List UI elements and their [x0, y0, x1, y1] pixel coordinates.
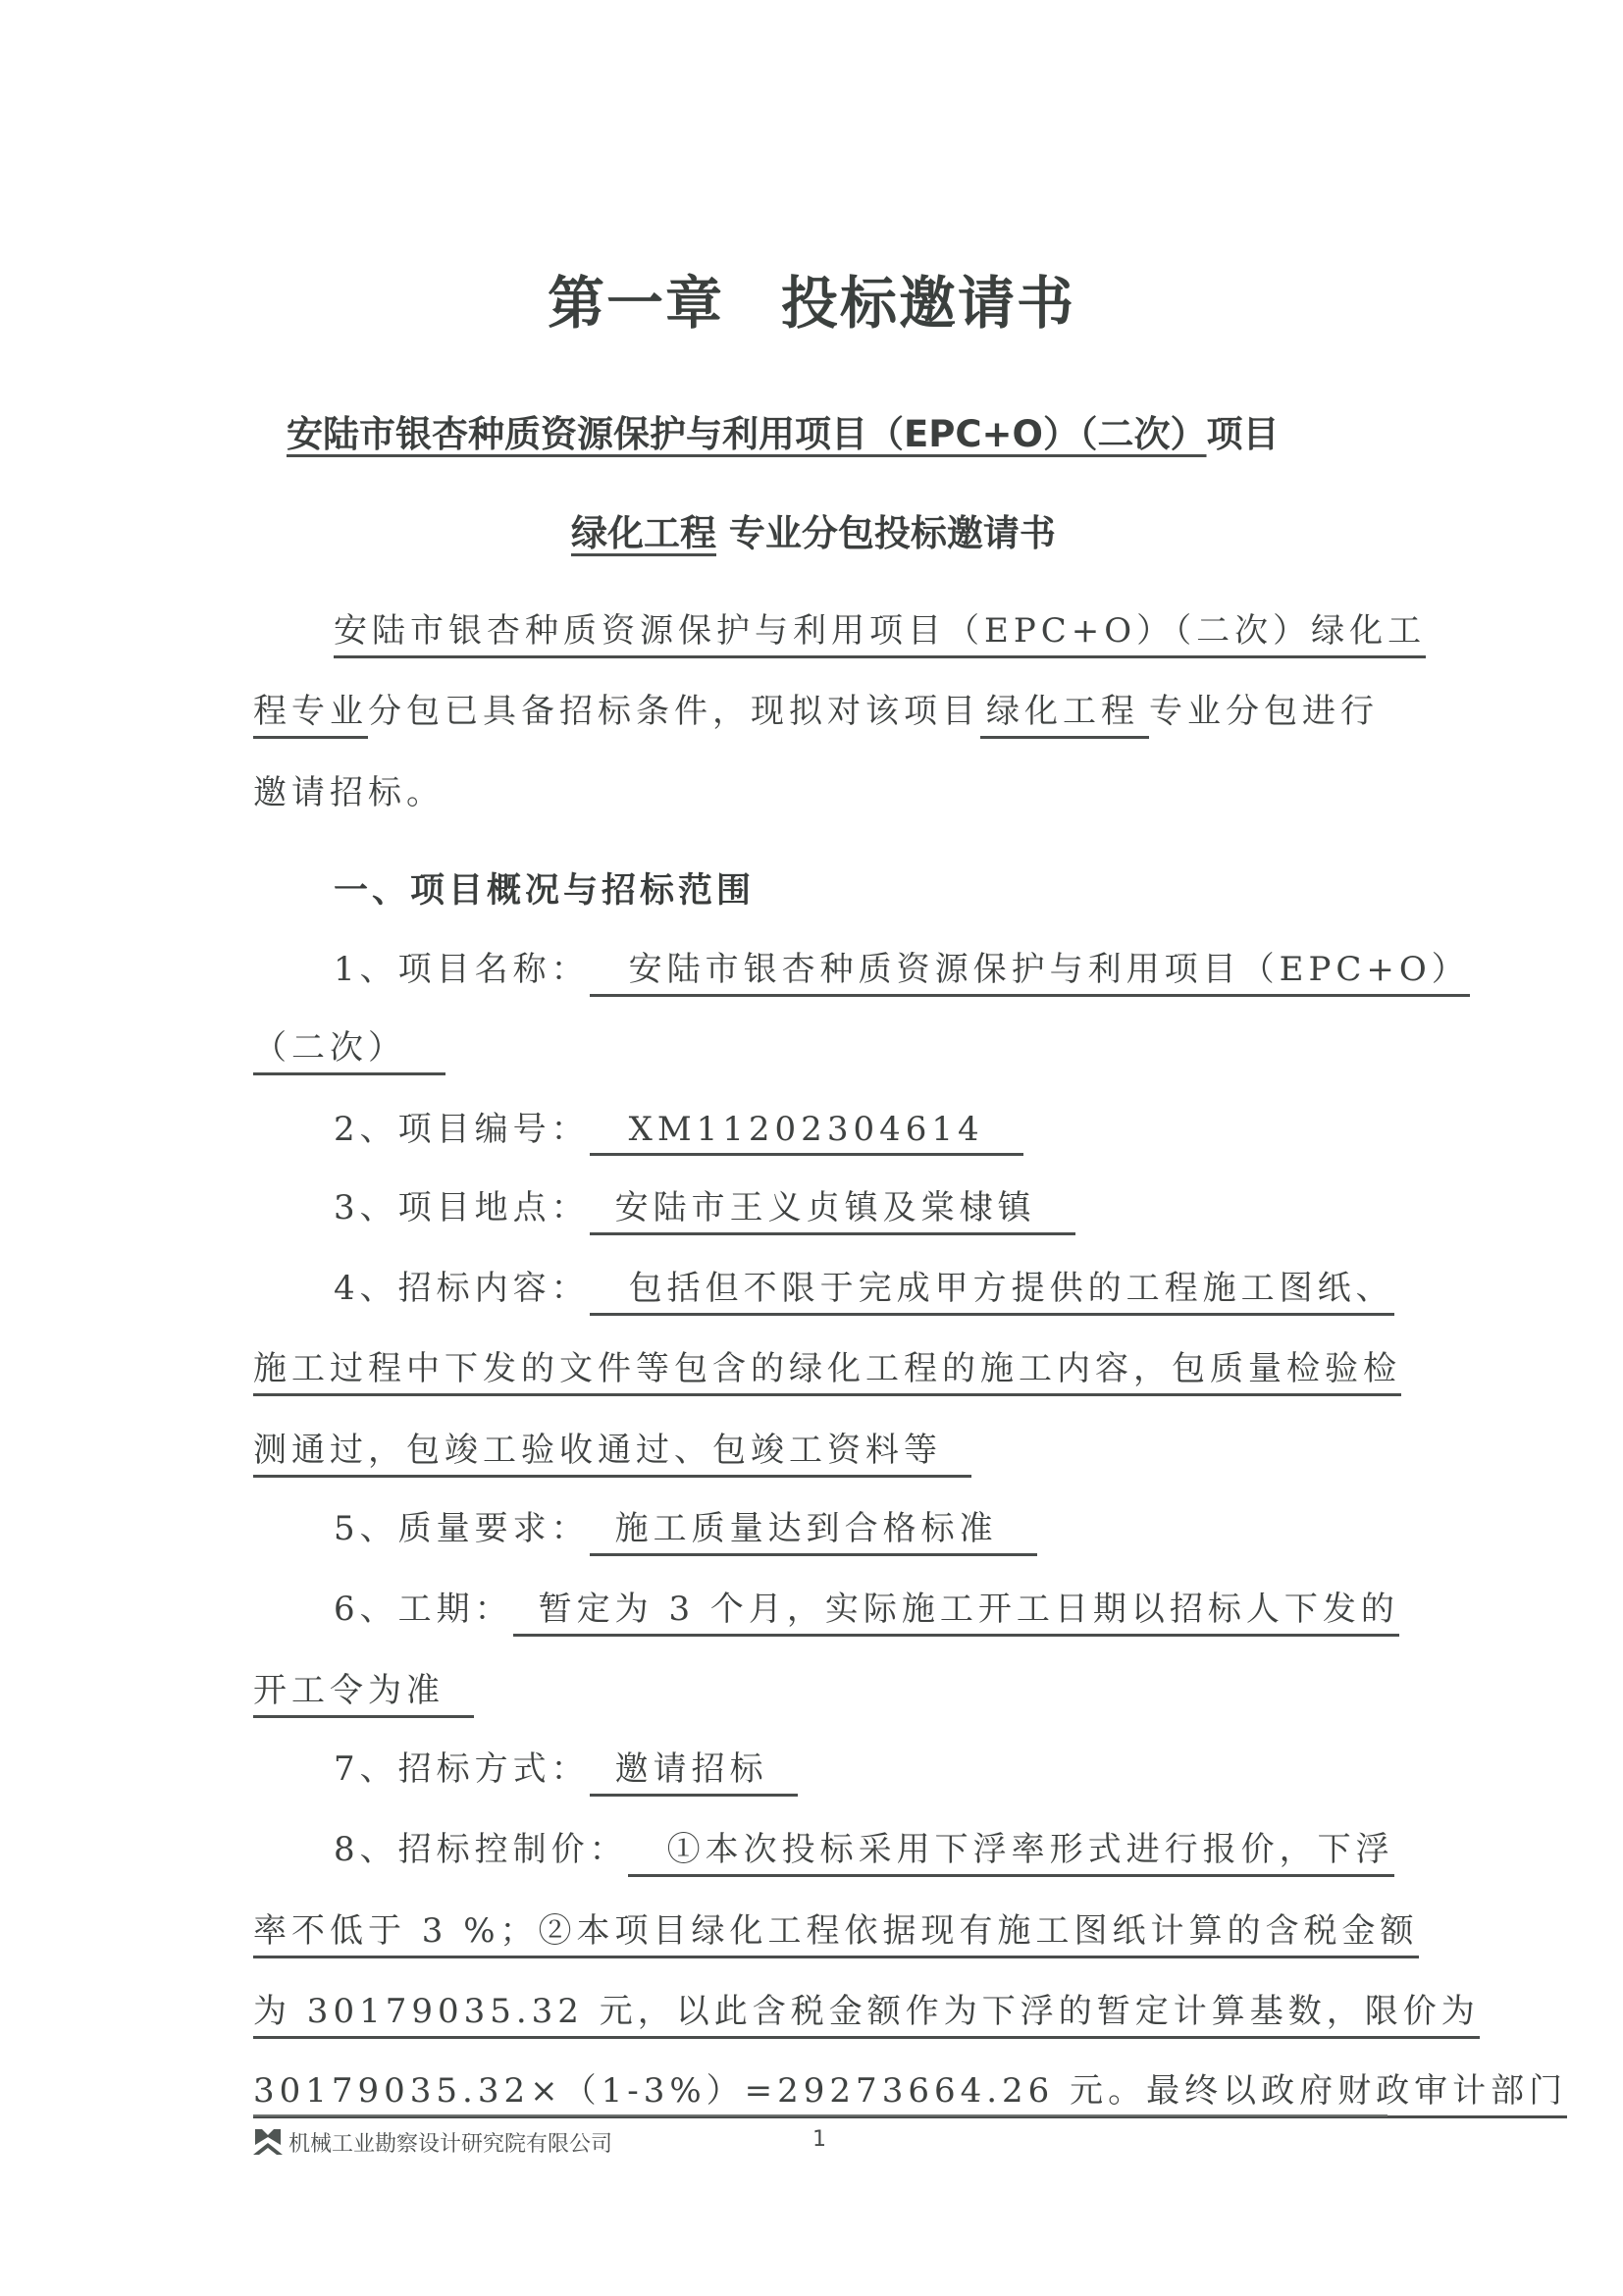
- footer-company: 机械工业勘察设计研究院有限公司: [253, 2127, 612, 2161]
- item-label: 4、招标内容：: [334, 1269, 590, 1308]
- item-value: 包括但不限于完成甲方提供的工程施工图纸、: [590, 1261, 1394, 1316]
- item-value-cont: 为 30179035.32 元，以此含税金额作为下浮的暂定计算基数，限价为: [253, 1984, 1480, 2039]
- section-heading: 一、项目概况与招标范围: [334, 863, 1387, 913]
- item-value-cont: （二次）: [253, 1020, 445, 1075]
- item-label: 8、招标控制价：: [334, 1830, 628, 1869]
- item-label: 7、招标方式：: [334, 1749, 590, 1789]
- item-project-name-cont: （二次）: [253, 1020, 1387, 1075]
- item-duration-cont: 开工令为准: [253, 1663, 1387, 1718]
- item-label: 6、工期：: [334, 1590, 513, 1629]
- item-duration: 6、工期：暂定为 3 个月，实际施工开工日期以招标人下发的: [334, 1582, 1387, 1637]
- item-label: 1、项目名称：: [334, 950, 590, 989]
- item-value-cont: 30179035.32×（1-3%）=29273664.26 元。最终以政府财政…: [253, 2063, 1567, 2118]
- item-label: 5、质量要求：: [334, 1509, 590, 1548]
- item-project-name: 1、项目名称：安陆市银杏种质资源保护与利用项目（EPC+O）: [334, 942, 1387, 997]
- footer-divider: [253, 2114, 1387, 2116]
- item-project-location: 3、项目地点：安陆市王义贞镇及棠棣镇: [334, 1180, 1387, 1235]
- item-value-cont: 施工过程中下发的文件等包含的绿化工程的施工内容，包质量检验检: [253, 1341, 1401, 1396]
- company-name: 机械工业勘察设计研究院有限公司: [288, 2132, 612, 2157]
- intro-line-1: 安陆市银杏种质资源保护与利用项目（EPC+O）（二次）绿化工: [334, 603, 1387, 658]
- item-value: 施工质量达到合格标准: [590, 1501, 1037, 1556]
- item-value-cont: 开工令为准: [253, 1663, 474, 1718]
- item-tender-scope: 4、招标内容：包括但不限于完成甲方提供的工程施工图纸、: [334, 1261, 1387, 1316]
- item-tender-scope-cont2: 测通过，包竣工验收通过、包竣工资料等: [253, 1423, 1387, 1478]
- item-value: 安陆市银杏种质资源保护与利用项目（EPC+O）: [590, 942, 1470, 997]
- item-control-price: 8、招标控制价：①本次投标采用下浮率形式进行报价，下浮: [334, 1822, 1387, 1877]
- item-control-price-cont: 率不低于 3 %；②本项目绿化工程依据现有施工图纸计算的含税金额: [253, 1904, 1387, 1958]
- intro-package-field: 绿化工程: [980, 684, 1149, 739]
- subtitle-line-2: 绿化工程 专业分包投标邀请书: [571, 503, 1056, 556]
- item-value-cont: 测通过，包竣工验收通过、包竣工资料等: [253, 1423, 971, 1478]
- item-value: 安陆市王义贞镇及棠棣镇: [590, 1180, 1075, 1235]
- item-tender-method: 7、招标方式：邀请招标: [334, 1742, 1387, 1797]
- intro-text-end: 专业分包进行: [1149, 692, 1379, 731]
- subtitle-suffix: 项目: [1207, 413, 1280, 455]
- chapter-title: 第一章投标邀请书: [0, 257, 1623, 339]
- item-value: 邀请招标: [590, 1742, 798, 1797]
- subtitle-package-name: 绿化工程: [571, 512, 716, 554]
- chapter-name: 投标邀请书: [781, 270, 1075, 337]
- item-control-price-cont3: 30179035.32×（1-3%）=29273664.26 元。最终以政府财政…: [253, 2063, 1387, 2118]
- item-value: ①本次投标采用下浮率形式进行报价，下浮: [628, 1822, 1394, 1877]
- intro-line-2: 程专业分包已具备招标条件，现拟对该项目绿化工程专业分包进行: [253, 684, 1387, 739]
- company-logo-icon: [253, 2129, 283, 2161]
- item-project-code: 2、项目编号：XM11202304614: [334, 1102, 1387, 1156]
- item-value: 暂定为 3 个月，实际施工开工日期以招标人下发的: [513, 1582, 1399, 1637]
- item-label: 3、项目地点：: [334, 1188, 590, 1227]
- item-quality-requirement: 5、质量要求：施工质量达到合格标准: [334, 1501, 1387, 1556]
- chapter-number: 第一章: [548, 270, 724, 337]
- item-value: XM11202304614: [590, 1110, 1023, 1156]
- page-number: 1: [812, 2127, 826, 2152]
- subtitle-project-name: 安陆市银杏种质资源保护与利用项目（EPC+O）（二次）: [287, 413, 1207, 455]
- intro-text: 分包已具备招标条件，现拟对该项目: [368, 692, 980, 731]
- item-label: 2、项目编号：: [334, 1110, 590, 1149]
- item-tender-scope-cont: 施工过程中下发的文件等包含的绿化工程的施工内容，包质量检验检: [253, 1341, 1387, 1396]
- subtitle-line-1: 安陆市银杏种质资源保护与利用项目（EPC+O）（二次）项目: [287, 404, 1280, 457]
- intro-line-3: 邀请招标。: [253, 765, 1387, 813]
- intro-project-name-cont: 程专业: [253, 684, 368, 739]
- intro-project-name: 安陆市银杏种质资源保护与利用项目（EPC+O）（二次）绿化工: [334, 603, 1426, 658]
- subtitle-doc-type: 专业分包投标邀请书: [729, 512, 1056, 554]
- item-control-price-cont2: 为 30179035.32 元，以此含税金额作为下浮的暂定计算基数，限价为: [253, 1984, 1387, 2039]
- item-value-cont: 率不低于 3 %；②本项目绿化工程依据现有施工图纸计算的含税金额: [253, 1904, 1419, 1958]
